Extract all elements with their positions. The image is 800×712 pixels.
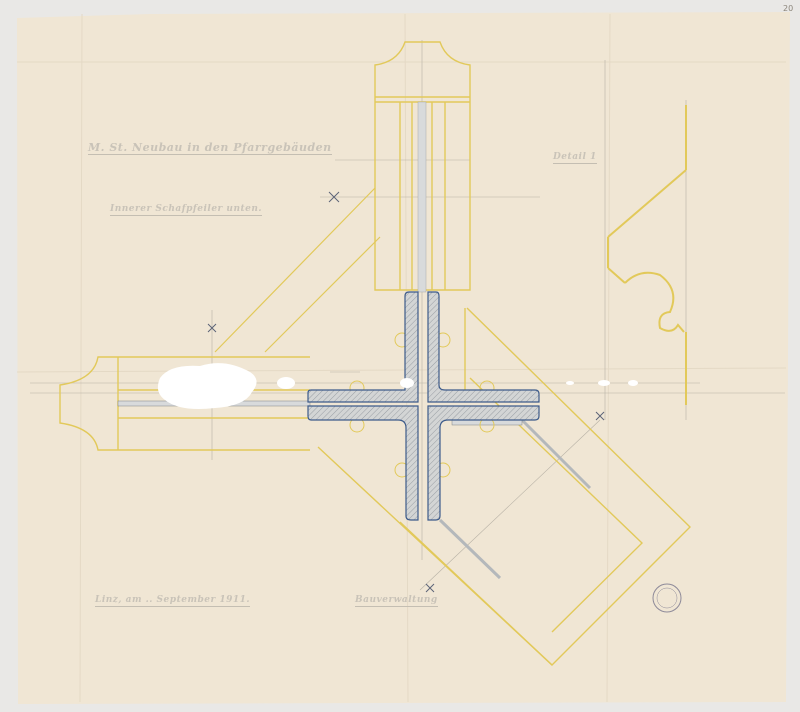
signature-label: Bauverwaltung <box>355 596 438 607</box>
sheet-number: 20 <box>783 4 793 13</box>
diagonal-pier-shelf <box>452 420 522 425</box>
drawing-subtitle: Innerer Schafpfeiler unten. <box>110 205 262 216</box>
upper-pier-core <box>418 102 426 292</box>
date-label: Linz, am .. September 1911. <box>95 596 250 607</box>
drawing-title: M. St. Neubau in den Pfarrgebäuden <box>88 142 332 155</box>
detail-label: Detail 1 <box>553 153 597 164</box>
